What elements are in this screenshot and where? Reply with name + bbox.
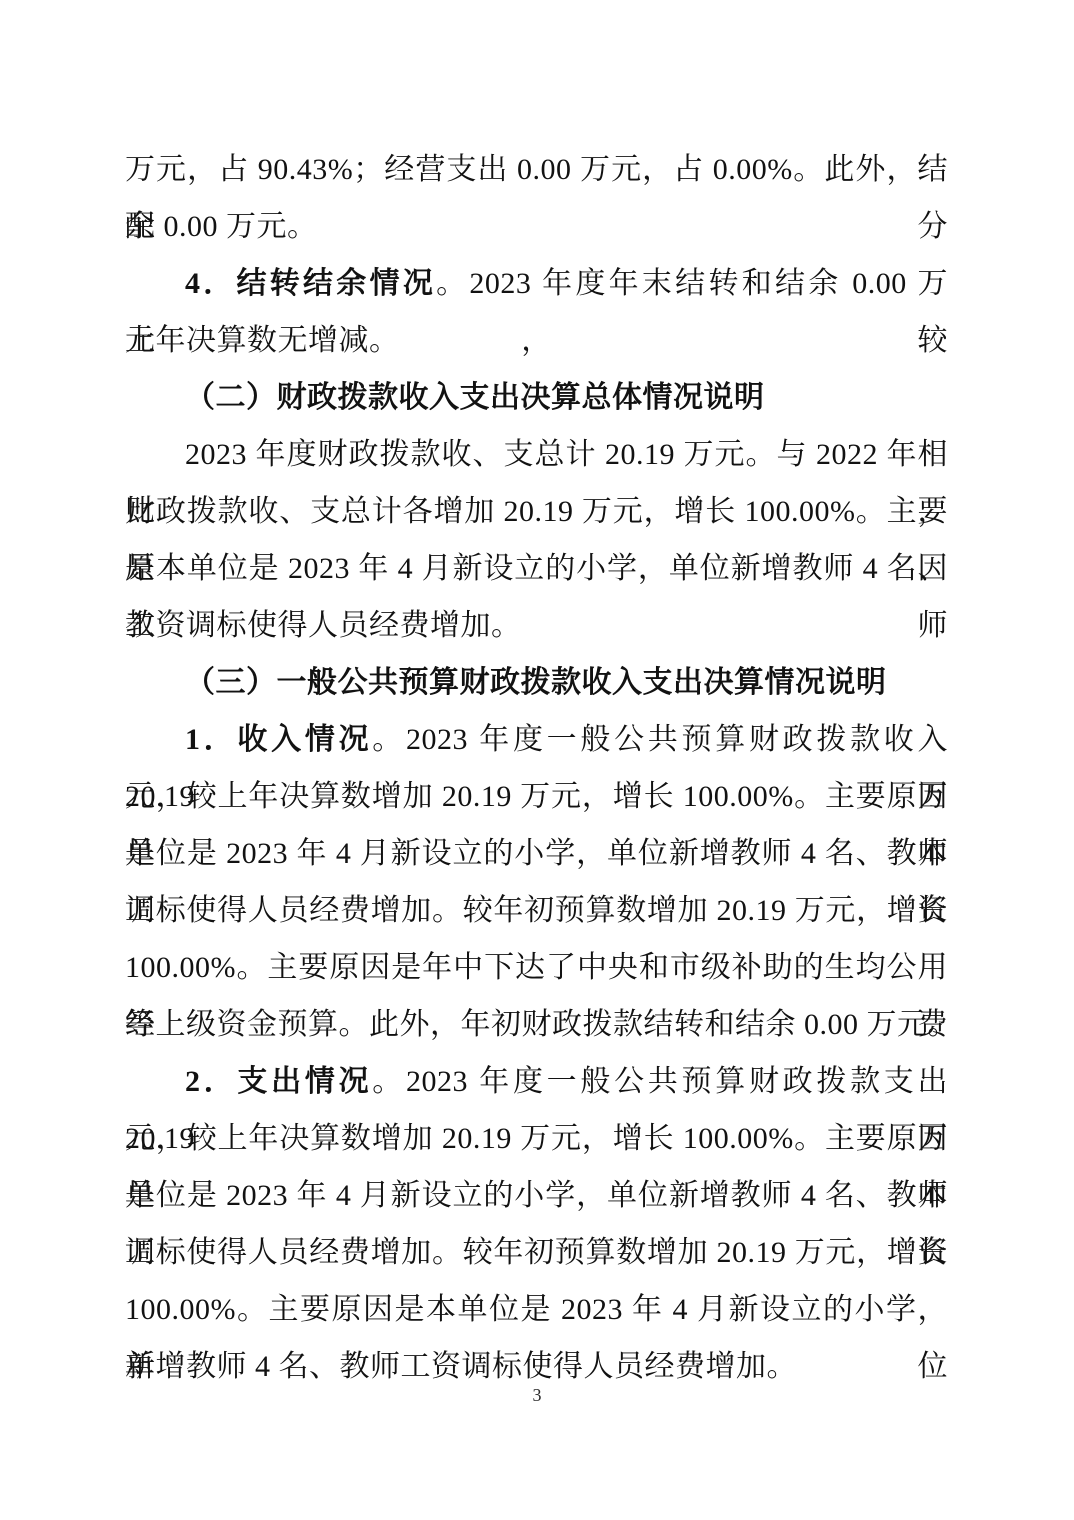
text-segment: 配 0.00 万元。 — [125, 210, 318, 243]
text-line: 2023 年度财政拨款收、支总计 20.19 万元。与 2022 年相比， — [125, 426, 948, 483]
text-line: 是本单位是 2023 年 4 月新设立的小学，单位新增教师 4 名、教师 — [125, 540, 948, 597]
text-line: 100.00%。主要原因是本单位是 2023 年 4 月新设立的小学，单位 — [125, 1281, 948, 1338]
text-line: 万元，占 90.43%；经营支出 0.00 万元，占 0.00%。此外，结余分 — [125, 141, 948, 198]
bold-text-segment: （二）财政拨款收入支出决算总体情况说明 — [185, 381, 765, 414]
text-line: 4．结转结余情况。2023 年度年末结转和结余 0.00 万元，较 — [125, 255, 948, 312]
document-body-text: 万元，占 90.43%；经营支出 0.00 万元，占 0.00%。此外，结余分配… — [125, 141, 948, 1395]
text-segment: 等上级资金预算。此外，年初财政拨款结转和结余 0.00 万元。 — [125, 1008, 958, 1041]
text-segment: 调标使得人员经费增加。较年初预算数增加 20.19 万元，增长 — [125, 894, 948, 927]
text-line: 财政拨款收、支总计各增加 20.19 万元，增长 100.00%。主要原因 — [125, 483, 948, 540]
text-line: 2．支出情况。2023 年度一般公共预算财政拨款支出 20.19 万 — [125, 1053, 948, 1110]
document-page: 万元，占 90.43%；经营支出 0.00 万元，占 0.00%。此外，结余分配… — [0, 0, 1074, 1520]
bold-text-segment: 4．结转结余情况 — [185, 267, 436, 300]
text-line: 100.00%。主要原因是年中下达了中央和市级补助的生均公用经费 — [125, 939, 948, 996]
text-line: 元，较上年决算数增加 20.19 万元，增长 100.00%。主要原因是本 — [125, 768, 948, 825]
text-line: 元，较上年决算数增加 20.19 万元，增长 100.00%。主要原因是本 — [125, 1110, 948, 1167]
bold-text-segment: 2．支出情况 — [185, 1065, 372, 1098]
text-segment: 上年决算数无增减。 — [125, 324, 400, 357]
text-line: 1．收入情况。2023 年度一般公共预算财政拨款收入 20.19 万 — [125, 711, 948, 768]
text-line: 等上级资金预算。此外，年初财政拨款结转和结余 0.00 万元。 — [125, 996, 948, 1053]
text-segment: 新增教师 4 名、教师工资调标使得人员经费增加。 — [125, 1350, 797, 1383]
text-line: 单位是 2023 年 4 月新设立的小学，单位新增教师 4 名、教师工资 — [125, 825, 948, 882]
text-segment: 工资调标使得人员经费增加。 — [125, 609, 522, 642]
bold-text-segment: （三）一般公共预算财政拨款收入支出决算情况说明 — [185, 666, 887, 699]
text-line: （三）一般公共预算财政拨款收入支出决算情况说明 — [125, 654, 948, 711]
text-line: 单位是 2023 年 4 月新设立的小学，单位新增教师 4 名、教师工资 — [125, 1167, 948, 1224]
page-number: 3 — [0, 1380, 1074, 1410]
text-line: （二）财政拨款收入支出决算总体情况说明 — [125, 369, 948, 426]
text-line: 调标使得人员经费增加。较年初预算数增加 20.19 万元，增长 — [125, 1224, 948, 1281]
bold-text-segment: 1．收入情况 — [185, 723, 372, 756]
text-segment: 调标使得人员经费增加。较年初预算数增加 20.19 万元，增长 — [125, 1236, 948, 1269]
text-line: 调标使得人员经费增加。较年初预算数增加 20.19 万元，增长 — [125, 882, 948, 939]
